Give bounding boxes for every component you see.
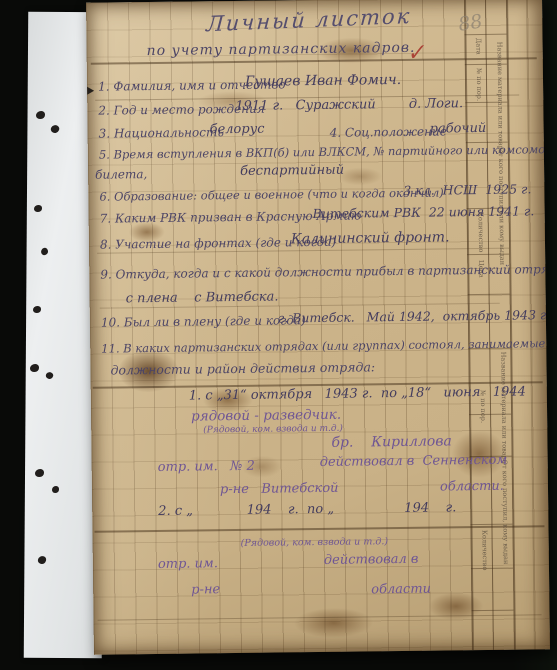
service-entry-area: р-не Витебской <box>220 481 339 497</box>
ink-spot <box>52 486 59 493</box>
service-entry-role: рядовой - разведчик. <box>191 407 341 425</box>
paper-sheet: Дата № по пор. Название материала или то… <box>86 0 550 655</box>
ink-spot <box>33 306 41 313</box>
field-label-education: 6. Образование: общее и военное (что и к… <box>99 185 443 203</box>
field-label-nationality: 3. Национальность <box>99 125 224 141</box>
ledger-column-label: Название материала или товара <box>496 42 505 154</box>
field-value-party: беспартийный <box>240 163 344 179</box>
field-label-detachments-2: должности и район действия отряда: <box>110 359 375 377</box>
field-value-nationality: белорус <box>210 122 265 138</box>
ink-spot <box>34 205 42 212</box>
service-entry-unit: отр. им. <box>158 556 218 572</box>
service-entry-area: действовал в <box>324 552 419 568</box>
stain <box>428 592 483 621</box>
page-title: Личный листок <box>206 4 412 36</box>
field-value-social: рабочий <box>430 121 487 137</box>
service-entry-hint: (Рядовой, ком. взвода и т.д.) <box>203 424 343 436</box>
service-entry-area: р-не <box>191 582 220 597</box>
ledger-column-label: Дата <box>474 38 482 55</box>
ruled-line <box>94 525 544 532</box>
field-value-rvk: Витебским РВК 22 июня 1941 г. <box>313 203 535 221</box>
service-entry-brigade: бр. Кириллова <box>331 433 452 450</box>
service-entry-dates: 1. с „31“ октября 1943 г. по „18“ июня 1… <box>189 384 526 403</box>
ink-blot <box>87 87 94 95</box>
margin-column-line <box>464 0 474 650</box>
service-entry-area: области. <box>440 479 504 495</box>
ink-spot <box>35 469 44 477</box>
ink-spot <box>36 111 45 119</box>
field-label-party-2: билета, <box>95 167 147 182</box>
field-value-fronts: Калининский фронт. <box>291 229 450 247</box>
document-scan: Дата № по пор. Название материала или то… <box>0 0 557 670</box>
ledger-column-label: № по пор. <box>475 68 483 101</box>
field-value-birth: 1911 г. Суражский д. Логи. <box>235 96 463 114</box>
page-subtitle: по учету партизанских кадров. <box>147 40 416 59</box>
red-checkmark-icon: ✓ <box>405 40 426 67</box>
field-label-party: 5. Время вступления в ВКП(б) или ВЛКСМ, … <box>99 142 550 162</box>
stain <box>293 607 373 638</box>
margin-column-line <box>526 0 535 649</box>
stain <box>338 167 382 186</box>
service-entry-area: действовал в Сенненском <box>320 453 508 470</box>
field-label-captivity: 10. Был ли в плену (где и когда) <box>101 313 306 330</box>
field-value-education: 3 кл. НСШ 1925 г. <box>403 181 531 198</box>
service-entry-unit: отр. им. № 2 <box>158 459 255 475</box>
service-entry-hint: (Рядовой, ком. взвода и т.д.) <box>241 536 389 549</box>
ink-spot <box>30 364 39 372</box>
field-value-arrival: с плена с Витебска. <box>126 289 279 306</box>
ledger-column-label: Количество <box>481 530 489 570</box>
service-entry-area: области <box>371 582 431 598</box>
ledger-column-label: От кого поступил, кому выдан <box>501 460 510 565</box>
service-entry-dates: 2. с „ 194 г. по „ 194 г. <box>158 500 456 519</box>
field-value-name: Гушаев Иван Фомич. <box>245 72 401 90</box>
folio-number: 88 <box>457 10 484 35</box>
field-label-detachments: 11. В каких партизанских отрядах (или гр… <box>101 336 545 355</box>
field-label-arrival: 9. Откуда, когда и с какой должности при… <box>100 262 550 282</box>
